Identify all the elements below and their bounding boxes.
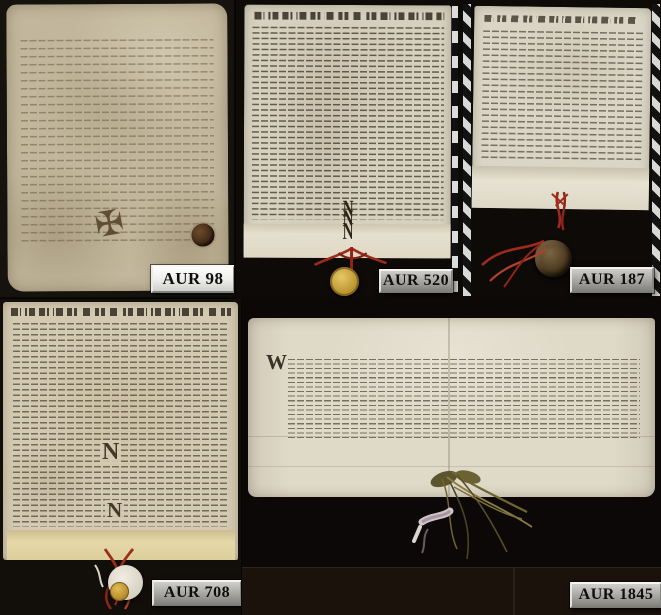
parchment-aur-708: N N bbox=[3, 302, 238, 560]
gold-seal-aur-520 bbox=[330, 267, 359, 296]
script-lines-aur-708 bbox=[13, 320, 229, 527]
monogram-aur-520: N bbox=[343, 208, 354, 232]
table-edge-line-aur-1845 bbox=[513, 567, 515, 615]
royal-monogram-upper-aur-708: N bbox=[100, 440, 121, 464]
chrismon-cross-aur-98: ✠ bbox=[93, 206, 127, 245]
wax-seal-aur-98 bbox=[191, 223, 214, 246]
photo-aur-708: N N AUR 708 bbox=[0, 299, 241, 615]
parchment-aur-187 bbox=[472, 6, 652, 210]
charter-photo-collage: ✠ AUR 98 N AUR 520 bbox=[0, 0, 661, 615]
parchment-aur-98: ✠ bbox=[6, 3, 228, 291]
parchment-aur-520: N bbox=[244, 5, 452, 259]
photo-aur-187: AUR 187 bbox=[462, 0, 661, 301]
seal-cord-tangle-aur-1845 bbox=[392, 467, 537, 567]
label-aur-708: AUR 708 bbox=[152, 580, 241, 606]
heading-line-aur-520 bbox=[254, 12, 444, 21]
script-lines-aur-1845 bbox=[288, 356, 640, 441]
heading-line-aur-187 bbox=[484, 15, 639, 24]
opening-initial-aur-1845: W bbox=[266, 352, 287, 373]
heading-line-aur-708 bbox=[11, 308, 231, 316]
label-aur-520: AUR 520 bbox=[379, 269, 453, 293]
label-aur-98: AUR 98 bbox=[151, 265, 234, 293]
photo-aur-520: N AUR 520 bbox=[236, 0, 462, 301]
seal-threads-aur-187 bbox=[474, 235, 554, 293]
photo-aur-98: ✠ AUR 98 bbox=[0, 0, 234, 297]
label-aur-187: AUR 187 bbox=[570, 267, 654, 293]
scale-bar-aur-520 bbox=[452, 6, 458, 292]
script-lines-aur-187 bbox=[481, 27, 643, 161]
script-lines-aur-520 bbox=[252, 24, 445, 221]
gold-seal-aur-708 bbox=[110, 582, 129, 601]
scale-bar-right-aur-187 bbox=[652, 4, 660, 296]
scale-bar-left-aur-187 bbox=[463, 4, 471, 296]
label-aur-1845: AUR 1845 bbox=[570, 582, 661, 608]
photo-aur-1845: W AUR 1845 bbox=[242, 299, 661, 615]
royal-monogram-lower-aur-708: N bbox=[105, 500, 124, 521]
